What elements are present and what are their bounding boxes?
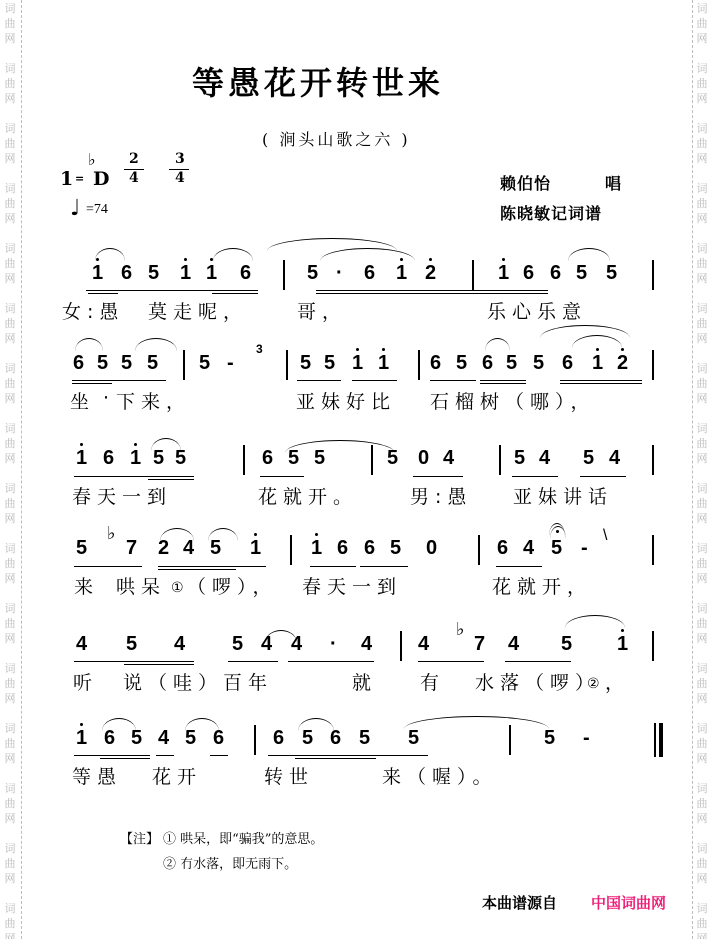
watermark-char: 曲 xyxy=(3,255,17,271)
note: · xyxy=(336,262,343,285)
note: 2 xyxy=(617,352,628,375)
lyric: 哥， xyxy=(297,297,347,324)
watermark-char: 网 xyxy=(695,810,709,826)
note: 5 xyxy=(408,727,419,750)
lyric: 春天一到 xyxy=(302,572,402,599)
watermark-char: 词 xyxy=(695,660,709,676)
note: 5 xyxy=(148,262,159,285)
watermark-char: 曲 xyxy=(695,675,709,691)
barline xyxy=(652,445,654,475)
barline xyxy=(499,445,501,475)
transcriber: 陈晓敏记词谱 xyxy=(500,201,602,224)
note: 5 xyxy=(147,352,158,375)
lyric: 来（喔）。 xyxy=(382,762,498,789)
note: 4 xyxy=(539,447,550,470)
note: 6 xyxy=(73,352,84,375)
lyric: 坐 xyxy=(70,387,95,414)
lyric: · xyxy=(103,387,115,409)
note: 2 xyxy=(425,262,436,285)
watermark-char: 曲 xyxy=(695,795,709,811)
high-octave-dot xyxy=(315,533,318,536)
note: 6 xyxy=(430,352,441,375)
high-octave-dot xyxy=(80,443,83,446)
watermark-char: 网 xyxy=(3,330,17,346)
lyric: （啰）， xyxy=(187,572,278,599)
singer-name: 赖伯怡 xyxy=(500,171,551,194)
time-sig-numerator: 2 xyxy=(129,151,139,167)
lyric: 说（哇）百年 xyxy=(123,668,273,695)
watermark-char: 曲 xyxy=(695,495,709,511)
watermark-char: 词 xyxy=(3,840,17,856)
left-dashed-border xyxy=(21,0,22,939)
note: 6 xyxy=(550,262,561,285)
barline xyxy=(652,260,654,290)
watermark-char: 曲 xyxy=(3,435,17,451)
barline xyxy=(478,535,480,565)
watermark-char: 词 xyxy=(3,480,17,496)
watermark-char: 网 xyxy=(695,330,709,346)
lyric: 有 xyxy=(420,668,445,695)
watermark-char: 词 xyxy=(695,0,709,16)
note: 5 xyxy=(583,447,594,470)
lyric: 就 xyxy=(352,668,377,695)
watermark-char: 词 xyxy=(695,300,709,316)
note: 7 xyxy=(126,537,137,560)
flat-icon: ♭ xyxy=(88,150,96,169)
note: 5 xyxy=(76,537,87,560)
note: 5 xyxy=(300,352,311,375)
lyric: 花就开。 xyxy=(258,482,358,509)
watermark-char: 网 xyxy=(3,810,17,826)
time-sig-denominator: 4 xyxy=(129,170,139,186)
watermark-char: 网 xyxy=(3,390,17,406)
watermark-char: 词 xyxy=(3,900,17,916)
watermark-char: 词 xyxy=(3,420,17,436)
high-octave-dot xyxy=(382,348,385,351)
watermark-char: 曲 xyxy=(695,315,709,331)
watermark-char: 词 xyxy=(695,900,709,916)
note: 1 xyxy=(352,352,363,375)
lyric: 女:愚 xyxy=(62,297,124,324)
barline xyxy=(418,350,420,380)
watermark-char: 曲 xyxy=(3,135,17,151)
watermark-char: 词 xyxy=(3,240,17,256)
note: 4 xyxy=(523,537,534,560)
note: 1 xyxy=(180,262,191,285)
singer-role: 唱 xyxy=(605,171,622,194)
watermark-char: 词 xyxy=(3,180,17,196)
lyric: 石榴树（哪）， xyxy=(430,387,596,414)
note: 6 xyxy=(337,537,348,560)
breath-mark-icon: \ xyxy=(603,527,607,545)
lyric: 花开 xyxy=(152,762,202,789)
watermark-char: 网 xyxy=(695,570,709,586)
watermark-char: 词 xyxy=(3,780,17,796)
note: 4 xyxy=(76,633,87,656)
note: 5 xyxy=(576,262,587,285)
barline xyxy=(243,445,245,475)
watermark-char: 网 xyxy=(695,750,709,766)
watermark-char: 词 xyxy=(3,660,17,676)
watermark-char: 曲 xyxy=(695,555,709,571)
watermark-char: 曲 xyxy=(3,315,17,331)
final-barline xyxy=(659,723,663,757)
note: · xyxy=(330,633,337,656)
watermark-char: 网 xyxy=(3,750,17,766)
lyric: 乐心乐意 xyxy=(487,297,587,324)
barline xyxy=(652,535,654,565)
watermark-char: 网 xyxy=(3,570,17,586)
note: 6 xyxy=(523,262,534,285)
watermark-char: 词 xyxy=(695,60,709,76)
barline xyxy=(254,725,256,755)
watermark-char: 网 xyxy=(695,270,709,286)
watermark-char: 词 xyxy=(3,600,17,616)
note: 6 xyxy=(562,352,573,375)
watermark-char: 词 xyxy=(695,540,709,556)
note: 4 xyxy=(174,633,185,656)
watermark-char: 词 xyxy=(3,540,17,556)
lyric: 转世 xyxy=(264,762,314,789)
watermark-char: 词 xyxy=(695,480,709,496)
final-barline xyxy=(654,723,656,757)
lyric: 下来， xyxy=(116,387,191,414)
page-title: 等愚花开转世来 xyxy=(192,58,444,104)
note: 5 xyxy=(307,262,318,285)
watermark-char: 网 xyxy=(695,390,709,406)
note: 5 xyxy=(232,633,243,656)
note: 7 xyxy=(474,633,485,656)
watermark-char: 词 xyxy=(695,720,709,736)
watermark-char: 曲 xyxy=(695,915,709,931)
watermark-char: 网 xyxy=(695,630,709,646)
watermark-char: 网 xyxy=(695,210,709,226)
high-octave-dot xyxy=(356,348,359,351)
watermark-char: 曲 xyxy=(3,675,17,691)
lyric: 亚妹讲话 xyxy=(513,482,613,509)
note: 1 xyxy=(250,537,261,560)
note: 6 xyxy=(240,262,251,285)
flat-icon: ♭ xyxy=(107,523,116,544)
watermark-char: 词 xyxy=(695,360,709,376)
watermark-char: 网 xyxy=(3,270,17,286)
high-octave-dot xyxy=(134,443,137,446)
watermark-char: 网 xyxy=(3,690,17,706)
watermark-char: 曲 xyxy=(695,135,709,151)
note: 6 xyxy=(103,447,114,470)
note: 1 xyxy=(617,633,628,656)
note: 1 xyxy=(130,447,141,470)
source-site-link[interactable]: 中国词曲网 xyxy=(591,892,666,913)
note: 1 xyxy=(378,352,389,375)
watermark-char: 网 xyxy=(695,690,709,706)
watermark-char: 网 xyxy=(3,870,17,886)
footnote-1: ① 哄呆，即“骗我”的意思。 xyxy=(163,828,323,847)
note: 1 xyxy=(206,262,217,285)
barline xyxy=(652,631,654,661)
lyric: 哄呆 xyxy=(116,572,166,599)
watermark-char: 网 xyxy=(695,150,709,166)
watermark-char: 曲 xyxy=(3,75,17,91)
lyric: 等愚 xyxy=(72,762,122,789)
key-equals: = xyxy=(75,172,84,185)
watermark-char: 词 xyxy=(695,180,709,196)
watermark-char: 网 xyxy=(3,210,17,226)
high-octave-dot xyxy=(596,348,599,351)
watermark-char: 曲 xyxy=(3,195,17,211)
note: 5 xyxy=(544,727,555,750)
watermark-char: 词 xyxy=(3,300,17,316)
note: 3 xyxy=(256,342,263,356)
barline xyxy=(183,350,185,380)
high-octave-dot xyxy=(429,258,432,261)
barline xyxy=(283,260,285,290)
watermark-char: 词 xyxy=(695,780,709,796)
barline xyxy=(652,350,654,380)
watermark-char: 曲 xyxy=(695,615,709,631)
watermark-char: 网 xyxy=(695,30,709,46)
note: 5 xyxy=(606,262,617,285)
note: 5 xyxy=(121,352,132,375)
note: 5 xyxy=(551,537,562,560)
source-prefix: 本曲谱源自 xyxy=(482,892,557,913)
watermark-char: 网 xyxy=(695,90,709,106)
note: 5 xyxy=(506,352,517,375)
high-octave-dot xyxy=(621,629,624,632)
watermark-char: 曲 xyxy=(3,795,17,811)
note: 1 xyxy=(498,262,509,285)
note: 1 xyxy=(76,727,87,750)
high-octave-dot xyxy=(254,533,257,536)
note: 6 xyxy=(273,727,284,750)
watermark-char: 网 xyxy=(695,510,709,526)
watermark-char: 词 xyxy=(3,120,17,136)
note: 4 xyxy=(418,633,429,656)
note: 4 xyxy=(361,633,372,656)
lyric: 来 xyxy=(74,572,99,599)
footnote-ref: ② xyxy=(587,676,606,692)
watermark-char: 网 xyxy=(3,930,17,939)
note: 6 xyxy=(482,352,493,375)
watermark-char: 网 xyxy=(695,930,709,939)
note: 6 xyxy=(364,262,375,285)
note: - xyxy=(581,537,588,560)
note: - xyxy=(227,352,234,375)
watermark-char: 词 xyxy=(3,360,17,376)
note: 1 xyxy=(92,262,103,285)
note: 1 xyxy=(396,262,407,285)
watermark-char: 曲 xyxy=(695,195,709,211)
watermark-char: 曲 xyxy=(3,615,17,631)
watermark-char: 词 xyxy=(695,120,709,136)
note: 1 xyxy=(76,447,87,470)
note: 4 xyxy=(443,447,454,470)
flat-icon: ♭ xyxy=(456,619,465,640)
note: 4 xyxy=(508,633,519,656)
watermark-char: 曲 xyxy=(695,75,709,91)
watermark-char: 网 xyxy=(695,450,709,466)
footnote-2: ② 冇水落，即无雨下。 xyxy=(163,853,297,872)
lyric: 莫走呢， xyxy=(148,297,248,324)
note: 5 xyxy=(456,352,467,375)
watermark-char: 曲 xyxy=(695,735,709,751)
watermark-char: 曲 xyxy=(3,15,17,31)
watermark-char: 网 xyxy=(3,150,17,166)
note: 6 xyxy=(121,262,132,285)
key-note: D xyxy=(93,168,109,190)
note: 4 xyxy=(609,447,620,470)
lyric: 男:愚 xyxy=(410,482,472,509)
note: 5 xyxy=(359,727,370,750)
note: 0 xyxy=(426,537,437,560)
barline xyxy=(290,535,292,565)
barline xyxy=(509,725,511,755)
lyric: 水落（啰） xyxy=(475,668,600,695)
note: 5 xyxy=(199,352,210,375)
watermark-char: 曲 xyxy=(695,375,709,391)
note: 4 xyxy=(158,727,169,750)
watermark-char: 曲 xyxy=(3,735,17,751)
tempo-value: =74 xyxy=(86,202,108,218)
barline xyxy=(400,631,402,661)
watermark-char: 曲 xyxy=(3,915,17,931)
watermark-char: 词 xyxy=(695,600,709,616)
note: 5 xyxy=(390,537,401,560)
note: 6 xyxy=(262,447,273,470)
footnote-label: 【注】 xyxy=(120,828,159,847)
watermark-char: 网 xyxy=(695,870,709,886)
note: 5 xyxy=(533,352,544,375)
note: 6 xyxy=(497,537,508,560)
note: - xyxy=(583,727,590,750)
watermark-char: 曲 xyxy=(695,435,709,451)
watermark-char: 词 xyxy=(695,840,709,856)
watermark-char: 词 xyxy=(3,60,17,76)
subtitle: ( 涧头山歌之六 ) xyxy=(262,127,411,150)
high-octave-dot xyxy=(502,258,505,261)
note: 5 xyxy=(561,633,572,656)
note: 5 xyxy=(514,447,525,470)
note: 5 xyxy=(126,633,137,656)
note: 6 xyxy=(364,537,375,560)
watermark-char: 曲 xyxy=(3,855,17,871)
watermark-char: 词 xyxy=(3,0,17,16)
watermark-char: 词 xyxy=(695,420,709,436)
right-watermark-column: 词曲网词曲网词曲网词曲网词曲网词曲网词曲网词曲网词曲网词曲网词曲网词曲网词曲网词… xyxy=(692,0,712,939)
watermark-char: 曲 xyxy=(695,255,709,271)
note: 5 xyxy=(97,352,108,375)
watermark-char: 词 xyxy=(3,720,17,736)
barline xyxy=(286,350,288,380)
left-watermark-column: 词曲网词曲网词曲网词曲网词曲网词曲网词曲网词曲网词曲网词曲网词曲网词曲网词曲网词… xyxy=(0,0,20,939)
note: 1 xyxy=(592,352,603,375)
barline xyxy=(472,260,474,290)
watermark-char: 网 xyxy=(3,450,17,466)
lyric: 花就开， xyxy=(492,572,592,599)
high-octave-dot xyxy=(184,258,187,261)
lyric: 听 xyxy=(73,668,98,695)
time-sig-denominator: 4 xyxy=(175,170,185,186)
key-one: 1 xyxy=(60,168,73,190)
note: 0 xyxy=(418,447,429,470)
time-sig-numerator: 3 xyxy=(175,151,185,167)
watermark-char: 曲 xyxy=(3,555,17,571)
watermark-char: 曲 xyxy=(695,15,709,31)
note: 5 xyxy=(324,352,335,375)
quarter-note-icon: ♩ xyxy=(70,196,80,221)
lyric: ， xyxy=(605,668,630,695)
watermark-char: 曲 xyxy=(695,855,709,871)
watermark-char: 曲 xyxy=(3,495,17,511)
watermark-char: 词 xyxy=(695,240,709,256)
high-octave-dot xyxy=(621,348,624,351)
lyric: 亚妹好比 xyxy=(296,387,396,414)
watermark-char: 网 xyxy=(3,30,17,46)
high-octave-dot xyxy=(80,723,83,726)
note: 1 xyxy=(311,537,322,560)
lyric: 春天一到 xyxy=(72,482,172,509)
watermark-char: 曲 xyxy=(3,375,17,391)
watermark-char: 网 xyxy=(3,630,17,646)
watermark-char: 网 xyxy=(3,510,17,526)
watermark-char: 网 xyxy=(3,90,17,106)
